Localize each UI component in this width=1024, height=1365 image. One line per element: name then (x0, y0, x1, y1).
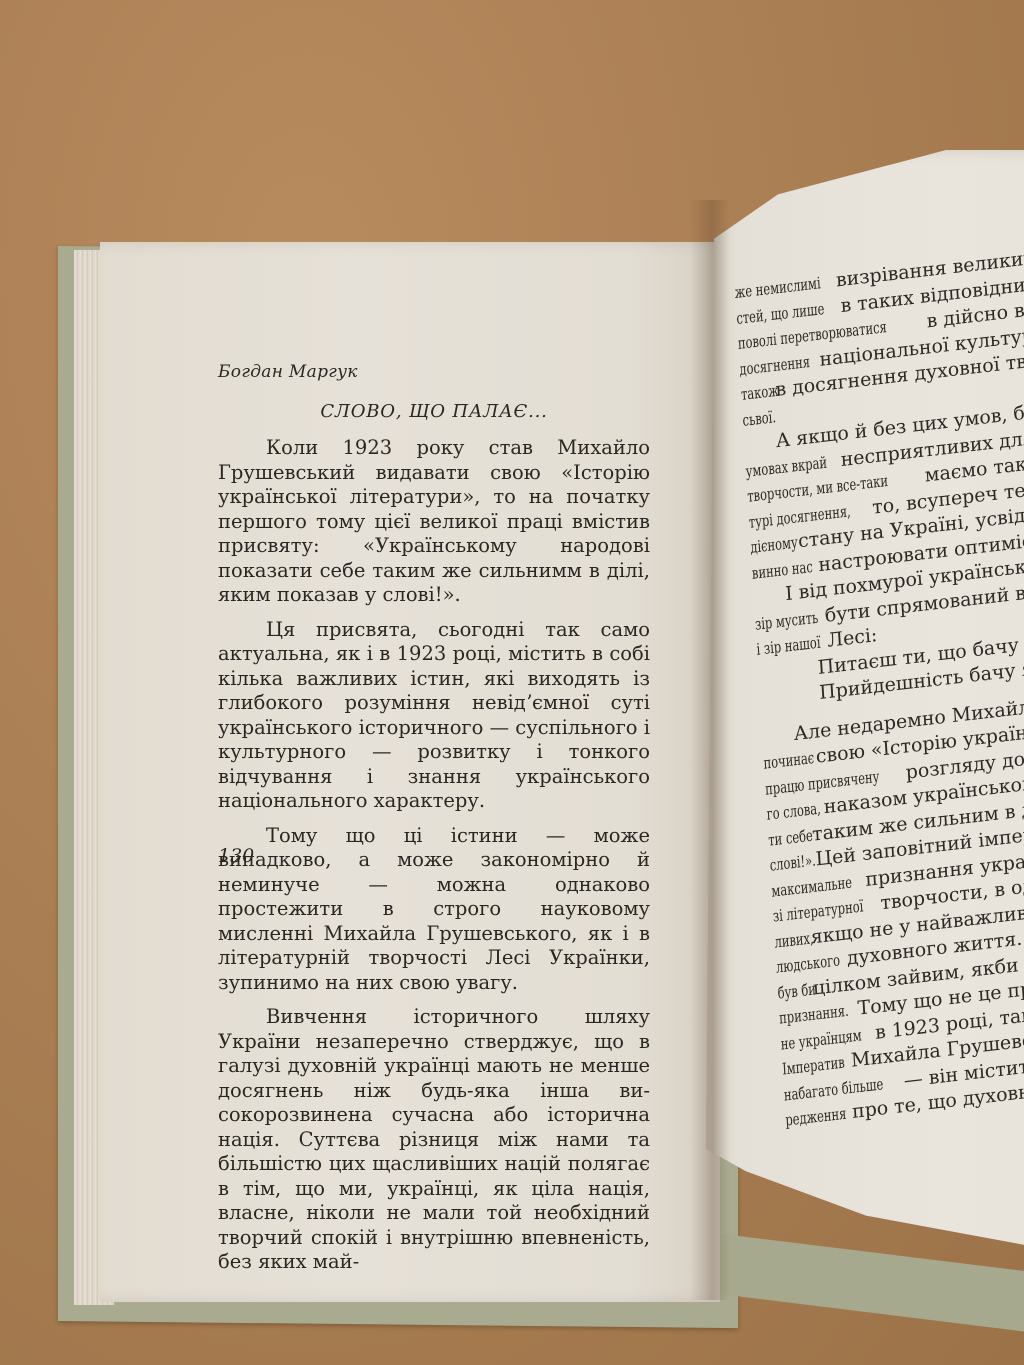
paragraph: Тому що ці істини — може випадково, а мо… (218, 824, 650, 996)
right-page-text-block: же немислимі визрівання великих духовних… (734, 232, 1024, 1133)
page-number: 130 (218, 844, 254, 869)
article-title: СЛОВО, ЩО ПАЛАЄ... (218, 400, 650, 425)
left-page: Богдан Маргук СЛОВО, ЩО ПАЛАЄ... Коли 19… (100, 242, 720, 1302)
paragraph: Ця присвята, сьогодні так само актуальна… (218, 618, 650, 814)
line-lead-compressed: також (740, 378, 779, 407)
paragraph: Вивчення історичного шляху України неза­… (218, 1005, 650, 1275)
line-lead-compressed: ливих, (774, 925, 815, 954)
photo-scene: Богдан Маргук СЛОВО, ЩО ПАЛАЄ... Коли 19… (0, 0, 1024, 1365)
article-author: Богдан Маргук (218, 360, 358, 385)
line-lead-compressed: сьвої. (742, 404, 777, 433)
article-body: Коли 1923 року став Михайло Грушевський … (218, 436, 650, 1285)
line-text: Лесі: (821, 624, 878, 652)
line-lead-compressed: був би (777, 976, 817, 1005)
paragraph: Коли 1923 року став Михайло Грушевський … (218, 436, 650, 608)
